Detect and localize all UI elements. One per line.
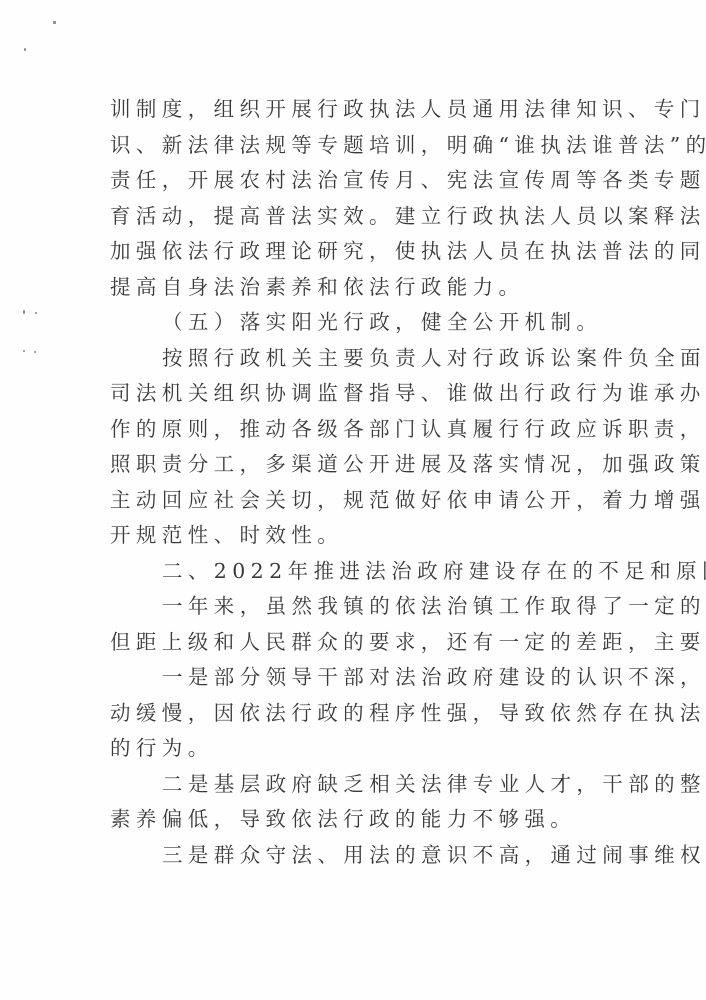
text-line: 训制度，组织开展行政执法人员通用法律知识、专门法律知	[110, 92, 606, 128]
document-page: 训制度，组织开展行政执法人员通用法律知识、专门法律知 识、新法律法规等专题培训，…	[0, 0, 706, 1000]
text-line: 一是部分领导干部对法治政府建设的认识不深，工作推	[110, 660, 606, 696]
text-line: 开规范性、时效性。	[110, 518, 606, 554]
section-heading: （五）落实阳光行政，健全公开机制。	[110, 305, 606, 341]
scan-speck	[24, 48, 26, 51]
scan-speck	[23, 350, 25, 352]
text-line: 识、新法律法规等专题培训，明确“谁执法谁普法”的普法	[110, 128, 606, 164]
body-text: 训制度，组织开展行政执法人员通用法律知识、专门法律知 识、新法律法规等专题培训，…	[110, 92, 606, 873]
text-line: 照职责分工，多渠道公开进展及落实情况，加强政策解读，	[110, 447, 606, 483]
text-line: 司法机关组织协调监督指导、谁做出行政行为谁承办应诉工	[110, 376, 606, 412]
text-line: 作的原则，推动各级各部门认真履行行政应诉职责，主动按	[110, 412, 606, 448]
text-line: 素养偏低，导致依法行政的能力不够强。	[110, 802, 606, 838]
text-line: 一年来，虽然我镇的依法治镇工作取得了一定的成效，	[110, 589, 606, 625]
text-line: 育活动，提高普法实效。建立行政执法人员以案释法制度，	[110, 199, 606, 235]
text-line: 加强依法行政理论研究，使执法人员在执法普法的同时不断	[110, 234, 606, 270]
text-line: 但距上级和人民群众的要求，还有一定的差距，主要表现在:	[110, 625, 606, 661]
scan-speck	[35, 312, 37, 314]
text-line: 二是基层政府缺乏相关法律专业人才，干部的整体法律	[110, 767, 606, 803]
text-line: 动缓慢，因依法行政的程序性强，导致依然存在执法不规范	[110, 696, 606, 732]
text-line: 提高自身法治素养和依法行政能力。	[110, 270, 606, 306]
text-line: 的行为。	[110, 731, 606, 767]
text-line: 按照行政机关主要负责人对行政诉讼案件负全面责任、	[110, 341, 606, 377]
text-line: 三是群众守法、用法的意识不高，通过闹事维权、信访	[110, 838, 606, 874]
scan-speck	[23, 310, 25, 314]
section-heading: 二、2022年推进法治政府建设存在的不足和原因	[110, 554, 606, 590]
text-line: 责任，开展农村法治宣传月、宪法宣传周等各类专题宣传教	[110, 163, 606, 199]
scan-speck	[34, 351, 36, 353]
scan-speck	[53, 21, 56, 24]
text-line: 主动回应社会关切，规范做好依申请公开，着力增强信息公	[110, 483, 606, 519]
